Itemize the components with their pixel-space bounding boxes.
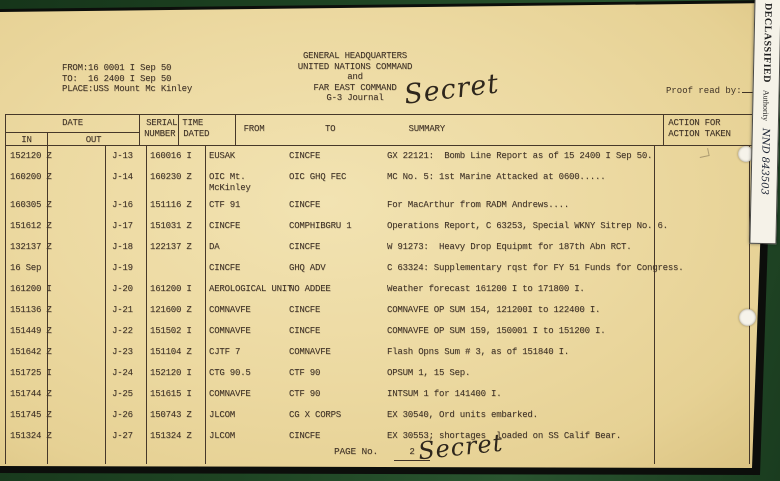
journal-row: 152120 Z J-13 160016 I EUSAK CINCFE GX 2…: [6, 146, 755, 167]
journal-row: 151725 I J-24 152120 I CTG 90.5 CTF 90 O…: [6, 363, 755, 384]
cell-from: DA: [206, 242, 286, 253]
cell-date-in: 160305 Z: [6, 200, 47, 211]
cell-to: CINCFE: [286, 305, 384, 316]
cell-summary: For MacArthur from RADM Andrews....: [384, 200, 654, 211]
cell-date-in: 152120 Z: [6, 151, 47, 162]
journal-row: 151744 Z J-25 151615 I COMNAVFE CTF 90 I…: [6, 384, 755, 405]
cell-time-dated: 151104 Z: [147, 347, 205, 358]
cell-summary: COMNAVFE OP SUM 159, 150001 I to 151200 …: [384, 326, 654, 337]
journal-row: 151612 Z J-17 151031 Z CINCFE COMPHIBGRU…: [6, 216, 755, 237]
cell-time-dated: 161200 I: [147, 284, 205, 295]
cell-to: CINCFE: [286, 151, 384, 162]
cell-from: CINCFE: [206, 263, 286, 274]
cell-summary: GX 22121: Bomb Line Report as of 15 2400…: [384, 151, 654, 162]
place-line: PLACE:USS Mount Mc Kinley: [62, 84, 192, 95]
cell-from: COMNAVFE: [206, 305, 286, 316]
authority-label: Authority: [761, 90, 771, 121]
cell-serial-number: J-21: [106, 305, 146, 316]
cell-to: CTF 90: [286, 389, 384, 400]
cell-time-dated: 121600 Z: [147, 305, 205, 316]
cell-time-dated: 160230 Z: [147, 172, 205, 183]
cell-from: CINCFE: [206, 221, 286, 232]
cell-summary: MC No. 5: 1st Marine Attacked at 0600...…: [384, 172, 654, 183]
cell-to: OIC GHQ FEC: [286, 172, 384, 183]
cell-serial-number: J-25: [106, 389, 146, 400]
cell-summary: C 63324: Supplementary rqst for FY 51 Fu…: [384, 263, 654, 274]
journal-row: 151642 Z J-23 151104 Z CJTF 7 COMNAVFE F…: [6, 342, 755, 363]
cell-serial-number: J-20: [106, 284, 146, 295]
from-line: FROM:16 0001 I Sep 50: [62, 63, 192, 74]
journal-period-block: FROM:16 0001 I Sep 50 TO: 16 2400 I Sep …: [62, 63, 192, 95]
cell-serial-number: J-27: [106, 431, 146, 442]
cell-summary: Operations Report, C 63253, Special WKNY…: [384, 221, 654, 232]
cell-summary: OPSUM 1, 15 Sep.: [384, 368, 654, 379]
cell-serial-number: J-16: [106, 200, 146, 211]
cell-from: JLCOM: [206, 410, 286, 421]
cell-date-in: 16 Sep: [6, 263, 47, 274]
cell-time-dated: 151502 I: [147, 326, 205, 337]
cell-time-dated: 151615 I: [147, 389, 205, 400]
cell-date-in: 151612 Z: [6, 221, 47, 232]
cell-serial-number: J-13: [106, 151, 146, 162]
journal-row: 151136 Z J-21 121600 Z COMNAVFE CINCFE C…: [6, 300, 755, 321]
cell-serial-number: J-18: [106, 242, 146, 253]
cell-summary: Flash Opns Sum # 3, as of 151840 I.: [384, 347, 654, 358]
journal-row: 132137 Z J-18 122137 Z DA CINCFE W 91273…: [6, 237, 755, 258]
cell-date-in: 151745 Z: [6, 410, 47, 421]
header-summary: SUMMARY: [406, 115, 665, 145]
cell-time-dated: 151031 Z: [147, 221, 205, 232]
punch-hole: [739, 309, 756, 326]
cell-date-in: 151744 Z: [6, 389, 47, 400]
header-action: ACTION FOR ACTION TAKEN: [664, 115, 755, 145]
cell-from: OIC Mt.: [206, 172, 286, 183]
cell-time-dated: 150743 Z: [147, 410, 205, 421]
cell-serial-number: J-17: [106, 221, 146, 232]
cell-summary: Weather forecast 161200 I to 171800 I.: [384, 284, 654, 295]
header-date-out: OUT: [48, 133, 139, 146]
cell-to: GHQ ADV: [286, 263, 384, 274]
cell-from: CTG 90.5: [206, 368, 286, 379]
to-line: TO: 16 2400 I Sep 50: [62, 74, 192, 85]
cell-to: CINCFE: [286, 326, 384, 337]
journal-row: 16 Sep J-19 CINCFE GHQ ADV C 63324: Supp…: [6, 258, 755, 279]
cell-from-line2: McKinley: [206, 183, 286, 194]
cell-date-in: 151725 I: [6, 368, 47, 379]
cell-to: CTF 90: [286, 368, 384, 379]
header-to: TO: [312, 115, 406, 145]
journal-rows: 152120 Z J-13 160016 I EUSAK CINCFE GX 2…: [6, 146, 755, 447]
cell-date-in: 132137 Z: [6, 242, 47, 253]
cell-date-in: 151449 Z: [6, 326, 47, 337]
journal-row: 151324 Z J-27 151324 Z JLCOM CINCFE EX 3…: [6, 426, 755, 447]
cell-from: COMNAVFE: [206, 389, 286, 400]
cell-summary: COMNAVFE OP SUM 154, 121200I to 122400 I…: [384, 305, 654, 316]
cell-date-in: 151136 Z: [6, 305, 47, 316]
cell-from: CTF 91: [206, 200, 286, 211]
header-time-dated: TIME DATED: [179, 115, 235, 145]
declassified-label: DECLASSIFIED Authority NND 843503: [749, 0, 780, 244]
declassified-text: DECLASSIFIED: [761, 3, 774, 83]
cell-from: AEROLOGICAL UNIT: [206, 284, 286, 295]
cell-summary: W 91273: Heavy Drop Equipmt for 187th Ab…: [384, 242, 654, 253]
org-line: UNITED NATIONS COMMAND: [272, 62, 438, 73]
cell-from: CJTF 7: [206, 347, 286, 358]
cell-to: CG X CORPS: [286, 410, 384, 421]
journal-row: 160305 Z J-16 151116 Z CTF 91 CINCFE For…: [6, 195, 755, 216]
cell-to: CINCFE: [286, 242, 384, 253]
header-date-label: DATE: [6, 115, 139, 133]
cell-time-dated: 122137 Z: [147, 242, 205, 253]
cell-time-dated: 151324 Z: [147, 431, 205, 442]
page-number-label: PAGE No.: [334, 446, 378, 457]
cell-from: JLCOM: [206, 431, 286, 442]
cell-serial-number: J-24: [106, 368, 146, 379]
cell-time-dated: 151116 Z: [147, 200, 205, 211]
declassified-label-text: DECLASSIFIED Authority NND 843503: [750, 0, 780, 241]
journal-row: 160200 Z J-14 160230 Z OIC Mt.McKinley O…: [6, 167, 755, 195]
journal-row: 151449 Z J-22 151502 I COMNAVFE CINCFE C…: [6, 321, 755, 342]
authority-number: NND 843503: [758, 128, 770, 195]
org-line: GENERAL HEADQUARTERS: [272, 51, 438, 62]
scanned-journal-page: FROM:16 0001 I Sep 50 TO: 16 2400 I Sep …: [0, 0, 780, 481]
table-header-row: DATE IN OUT SERIAL NUMBER TIME DATED FRO…: [6, 115, 755, 146]
cell-summary: EX 30540, Ord units embarked.: [384, 410, 654, 421]
cell-from: EUSAK: [206, 151, 286, 162]
cell-date-in: 161200 I: [6, 284, 47, 295]
cell-time-dated: 152120 I: [147, 368, 205, 379]
cell-from: COMNAVFE: [206, 326, 286, 337]
header-date-in: IN: [6, 133, 48, 146]
cell-date-in: 151642 Z: [6, 347, 47, 358]
journal-row: 161200 I J-20 161200 I AEROLOGICAL UNIT …: [6, 279, 755, 300]
cell-to: CINCFE: [286, 200, 384, 211]
journal-row: 151745 Z J-26 150743 Z JLCOM CG X CORPS …: [6, 405, 755, 426]
cell-to: COMNAVFE: [286, 347, 384, 358]
cell-date-in: 160200 Z: [6, 172, 47, 183]
header-serial-number: SERIAL NUMBER: [140, 115, 179, 145]
cell-serial-number: J-14: [106, 172, 146, 183]
cell-summary: INTSUM 1 for 141400 I.: [384, 389, 654, 400]
cell-serial-number: J-23: [106, 347, 146, 358]
cell-to: CINCFE: [286, 431, 384, 442]
cell-date-in: 151324 Z: [6, 431, 47, 442]
cell-serial-number: J-22: [106, 326, 146, 337]
page-number-line: PAGE No.2: [334, 447, 430, 461]
proof-read-label: Proof read by:: [666, 86, 742, 96]
cell-time-dated: 160016 I: [147, 151, 205, 162]
header-from: FROM: [236, 115, 312, 145]
header-date: DATE IN OUT: [6, 115, 140, 145]
cell-serial-number: J-19: [106, 263, 146, 274]
cell-to: NO ADDEE: [286, 284, 384, 295]
cell-to: COMPHIBGRU 1: [286, 221, 384, 232]
cell-serial-number: J-26: [106, 410, 146, 421]
journal-table: DATE IN OUT SERIAL NUMBER TIME DATED FRO…: [5, 114, 755, 464]
